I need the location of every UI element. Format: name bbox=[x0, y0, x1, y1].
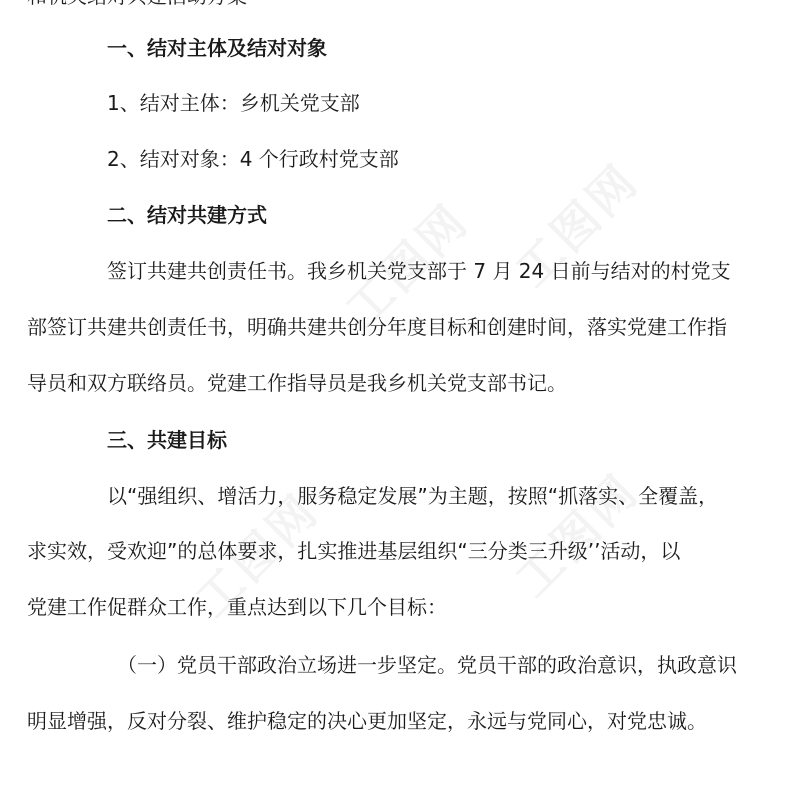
section-heading-1: 一、结对主体及结对对象 bbox=[107, 34, 327, 62]
paragraph-line: 部签订共建共创责任书，明确共建共创分年度目标和创建时间，落实党建工作指 bbox=[27, 313, 727, 341]
list-item: 2、结对对象：4 个行政村党支部 bbox=[107, 145, 399, 173]
watermark: 工图网 bbox=[499, 457, 652, 610]
paragraph-line: 导员和双方联络员。党建工作指导员是我乡机关党支部书记。 bbox=[27, 369, 567, 397]
document-page: 工图网 工图网 工图网 工图网 和机关结对共建活动方案 一、结对主体及结对对象 … bbox=[0, 0, 800, 800]
paragraph-line: 党建工作促群众工作，重点达到以下几个目标： bbox=[27, 593, 447, 621]
sub-paragraph-line: 明显增强，反对分裂、维护稳定的决心更加坚定，永远与党同心，对党忠诚。 bbox=[27, 707, 707, 735]
section-heading-2: 二、结对共建方式 bbox=[107, 201, 267, 229]
paragraph-line: 求实效，受欢迎”的总体要求，扎实推进基层组织“三分类三升级’’活动，以 bbox=[27, 537, 680, 565]
sub-paragraph-line: （一）党员干部政治立场进一步坚定。党员干部的政治意识，执政意识 bbox=[117, 651, 737, 679]
section-heading-3: 三、共建目标 bbox=[107, 426, 227, 454]
paragraph-line: 以“强组织、增活力，服务稳定发展”为主题，按照“抓落实、全覆盖， bbox=[107, 482, 718, 510]
paragraph-line: 签订共建共创责任书。我乡机关党支部于 7 月 24 日前与结对的村党支 bbox=[107, 257, 731, 285]
list-item: 1、结对主体：乡机关党支部 bbox=[107, 89, 360, 117]
clipped-top-line: 和机关结对共建活动方案 bbox=[27, 0, 247, 10]
